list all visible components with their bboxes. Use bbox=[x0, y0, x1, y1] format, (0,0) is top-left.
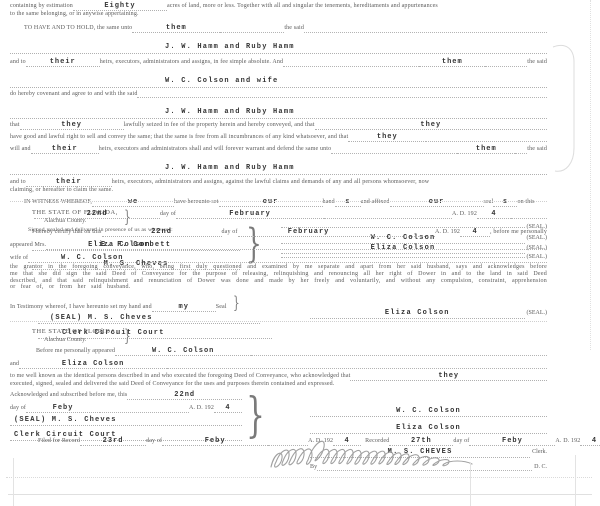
printed-text: the said bbox=[527, 146, 547, 153]
deputy-clerk-label: D. C. bbox=[534, 464, 547, 470]
printed-text: day of bbox=[222, 229, 238, 236]
dotted-leader bbox=[156, 259, 547, 263]
officer-signature-line: (SEAL) M. S. Cheves bbox=[10, 416, 242, 426]
date-line: day of Feby A. D. 192 4 bbox=[10, 404, 242, 413]
printed-text: Before me personally appeared bbox=[36, 348, 115, 355]
dotted-leader bbox=[304, 29, 547, 33]
my-entry: my bbox=[152, 303, 216, 312]
wife-name-entry: Eliza Colson bbox=[46, 241, 192, 250]
pronoun-entry: they bbox=[350, 372, 547, 381]
section-separator bbox=[10, 201, 547, 202]
year-entry: 4 bbox=[460, 228, 490, 237]
printed-text: and bbox=[10, 361, 19, 368]
officer-column: Acknowledged and subscribed before me, t… bbox=[10, 391, 242, 441]
scan-artifact-rule bbox=[575, 455, 576, 506]
brace: } bbox=[233, 295, 240, 312]
dotted-leader bbox=[192, 246, 547, 250]
form-line: and to their heirs, executors, administr… bbox=[10, 58, 547, 67]
printed-text: and to bbox=[10, 179, 26, 186]
printed-text: that bbox=[10, 122, 20, 129]
printed-text: the said bbox=[527, 59, 547, 66]
grantee-name-line: J. W. Hamm and Ruby Hamm bbox=[10, 100, 547, 119]
dotted-leader bbox=[283, 63, 419, 67]
pronoun-entry: our bbox=[390, 198, 484, 207]
form-line: to the same belonging, or in anywise app… bbox=[10, 11, 547, 18]
form-line: claiming, or hereafter to claim the same… bbox=[10, 187, 547, 194]
printed-text: and to bbox=[10, 59, 26, 66]
pronoun-entry: they bbox=[348, 133, 426, 142]
printed-text: acres of land, more or less. Together wi… bbox=[167, 3, 438, 10]
certify-line: I hereby certify that on this 22nd day o… bbox=[10, 228, 547, 237]
pronoun-entry: them bbox=[457, 145, 515, 154]
witness-whereof-line: IN WITNESS WHEREOF, we have hereunto set… bbox=[10, 198, 547, 207]
printed-text: have good and lawful right to sell and c… bbox=[10, 134, 348, 141]
printed-text: will and bbox=[10, 146, 31, 153]
signer-column: W. C. Colson Eliza Colson bbox=[310, 407, 547, 434]
pronoun-entry: their bbox=[26, 178, 112, 187]
wife-of-line: wife of W. C. Colson bbox=[10, 254, 547, 263]
venue-text: THE STATE OF FLORIDA, Alachua County. bbox=[32, 209, 118, 225]
printed-text: claiming, or hereafter to claim the same… bbox=[10, 187, 113, 194]
brace: } bbox=[124, 328, 131, 345]
grantor-entry: W. C. Colson bbox=[115, 347, 251, 356]
signature-line: Eliza Colson bbox=[310, 424, 547, 434]
venue-block: THE STATE OF FLORIDA, Alachua County. } bbox=[10, 209, 547, 226]
printed-text: heirs, executors, administrators and ass… bbox=[112, 179, 430, 186]
printed-text: A. D. 192 bbox=[435, 229, 460, 236]
dotted-leader bbox=[380, 233, 435, 237]
pronoun-entry: them bbox=[419, 58, 485, 67]
pronoun-entry: them bbox=[132, 24, 220, 33]
scan-artifact-rule bbox=[13, 458, 14, 506]
printed-text: Seal bbox=[216, 304, 227, 311]
typed-name: J. W. Hamm and Ruby Hamm bbox=[165, 108, 295, 117]
typed-name: W. C. Colson and wife bbox=[165, 77, 278, 86]
grantee-name-line: J. W. Hamm and Ruby Hamm bbox=[10, 35, 547, 54]
plural-s-entry: s bbox=[335, 198, 361, 207]
husband-name-entry: W. C. Colson bbox=[28, 254, 156, 263]
dotted-leader bbox=[251, 352, 547, 356]
state-caption: THE STATE OF FLORIDA, bbox=[32, 209, 118, 216]
pronoun-entry: they bbox=[20, 121, 124, 130]
printed-text: day of bbox=[146, 438, 162, 445]
dower-acknowledgment-section: THE STATE OF FLORIDA, Alachua County. } … bbox=[10, 209, 547, 339]
scan-artifact-rule bbox=[6, 477, 592, 478]
printed-text: In Testimony whereof, I have hereunto se… bbox=[10, 304, 152, 311]
typed-name: J. W. Hamm and Ruby Hamm bbox=[165, 164, 295, 173]
dotted-leader bbox=[485, 63, 527, 67]
form-line: containing by estimation Eighty acres of… bbox=[10, 2, 547, 11]
day-entry: 22nd bbox=[127, 391, 242, 400]
form-line: that they lawfully seized in fee of the … bbox=[10, 121, 547, 130]
form-line: will and their heirs, executors and admi… bbox=[10, 145, 547, 154]
printed-text: day of bbox=[10, 405, 26, 412]
form-line: do hereby covenant and agree to and with… bbox=[10, 91, 547, 98]
dotted-leader bbox=[167, 365, 547, 369]
printed-text: heirs, executors and administrators shal… bbox=[99, 146, 332, 153]
plural-s-entry: s bbox=[493, 198, 517, 207]
printed-text: do hereby covenant and agree to and with… bbox=[10, 91, 137, 98]
grantee-name-line: J. W. Hamm and Ruby Hamm bbox=[10, 156, 547, 175]
pronoun-entry: we bbox=[92, 198, 174, 207]
dotted-leader bbox=[331, 150, 457, 154]
form-line: have good and lawful right to sell and c… bbox=[10, 133, 547, 142]
pronoun-entry: our bbox=[219, 198, 323, 207]
acres-entry: Eighty bbox=[73, 2, 167, 11]
printed-text: A. D. 192 bbox=[189, 405, 214, 412]
filed-day-entry: 23rd bbox=[80, 437, 146, 446]
printed-text: heirs, executors, administrators and ass… bbox=[100, 59, 283, 66]
scan-artifact-rule bbox=[470, 462, 471, 506]
printed-text: appeared Mrs. bbox=[10, 242, 46, 249]
month-entry: Feby bbox=[469, 437, 555, 446]
brace: } bbox=[124, 209, 131, 226]
form-line: TO HAVE AND TO HOLD, the same unto them … bbox=[10, 24, 547, 33]
typed-name: J. W. Hamm and Ruby Hamm bbox=[165, 43, 295, 52]
day-entry: 22nd bbox=[102, 228, 222, 237]
seal-label: (SEAL.) bbox=[527, 310, 548, 316]
printed-text: Acknowledged and subscribed before me, t… bbox=[10, 392, 127, 399]
printed-text: Filed for Record bbox=[38, 438, 80, 445]
county-caption: Alachua County. bbox=[44, 218, 118, 225]
acknowledged-line: Acknowledged and subscribed before me, t… bbox=[10, 391, 242, 400]
grantor-entry: Eliza Colson bbox=[19, 360, 167, 369]
printed-text: , before me personally bbox=[490, 229, 547, 236]
executed-line: executed, signed, sealed and delivered t… bbox=[10, 381, 547, 388]
month-entry: Feby bbox=[162, 437, 268, 446]
signature-line: W. C. Colson bbox=[310, 407, 547, 417]
officer-signature-line: (SEAL) M. S. Cheves bbox=[38, 314, 260, 324]
printed-text: A. D. 192 bbox=[555, 438, 580, 445]
dotted-leader bbox=[137, 94, 547, 98]
pronoun-entry: their bbox=[31, 145, 99, 154]
appeared-line: appeared Mrs. Eliza Colson bbox=[10, 241, 547, 250]
month-entry: February bbox=[238, 228, 380, 237]
state-caption: THE STATE OF FLORIDA, bbox=[32, 328, 118, 335]
and-line: and Eliza Colson bbox=[10, 360, 547, 369]
county-caption: Alachua County. bbox=[44, 337, 118, 344]
scan-artifact-dotted-edge bbox=[590, 0, 591, 350]
known-line: to me well known as the identical person… bbox=[10, 372, 547, 381]
grantor-name-line: W. C. Colson and wife bbox=[10, 69, 547, 88]
section-separator bbox=[10, 321, 547, 322]
handwritten-signature bbox=[268, 434, 478, 476]
venue-block: THE STATE OF FLORIDA, Alachua County. } bbox=[10, 328, 547, 345]
dotted-leader bbox=[100, 409, 189, 413]
scan-artifact-rule bbox=[8, 494, 592, 495]
joint-acknowledgment-section: THE STATE OF FLORIDA, Alachua County. } … bbox=[10, 328, 547, 441]
dower-paragraph: the grantor in the foregoing conveyance,… bbox=[10, 264, 547, 291]
clerk-label: Clerk. bbox=[532, 449, 547, 455]
dotted-leader bbox=[515, 150, 527, 154]
brace: } bbox=[246, 391, 265, 439]
dower-signer-line: Eliza Colson (SEAL.) bbox=[310, 309, 547, 319]
signature-line: Eliza Colson bbox=[310, 309, 525, 319]
scan-artifact-bracket bbox=[551, 42, 579, 178]
venue-text: THE STATE OF FLORIDA, Alachua County. bbox=[32, 328, 118, 344]
printed-text: executed, signed, sealed and delivered t… bbox=[10, 381, 334, 388]
printed-text: I hereby certify that on this bbox=[32, 229, 102, 236]
pronoun-entry: they bbox=[315, 121, 547, 130]
dotted-leader bbox=[426, 138, 547, 142]
printed-text: wife of bbox=[10, 255, 28, 262]
printed-text: TO HAVE AND TO HOLD, the same unto bbox=[24, 25, 132, 32]
printed-text: to the same belonging, or in anywise app… bbox=[10, 11, 139, 18]
appeared-line: Before me personally appeared W. C. Cols… bbox=[10, 347, 547, 356]
dotted-leader bbox=[220, 29, 284, 33]
printed-text: lawfully seized in fee of the property h… bbox=[124, 122, 315, 129]
printed-text: to me well known as the identical person… bbox=[10, 373, 350, 380]
month-entry: Feby bbox=[26, 404, 100, 413]
year-entry: 4 bbox=[214, 404, 242, 413]
year-entry: 4 bbox=[580, 437, 600, 446]
printed-text: the said bbox=[284, 25, 304, 32]
form-line: and to their heirs, executors, administr… bbox=[10, 178, 547, 187]
printed-text: containing by estimation bbox=[10, 3, 73, 10]
pronoun-entry: their bbox=[26, 58, 100, 67]
